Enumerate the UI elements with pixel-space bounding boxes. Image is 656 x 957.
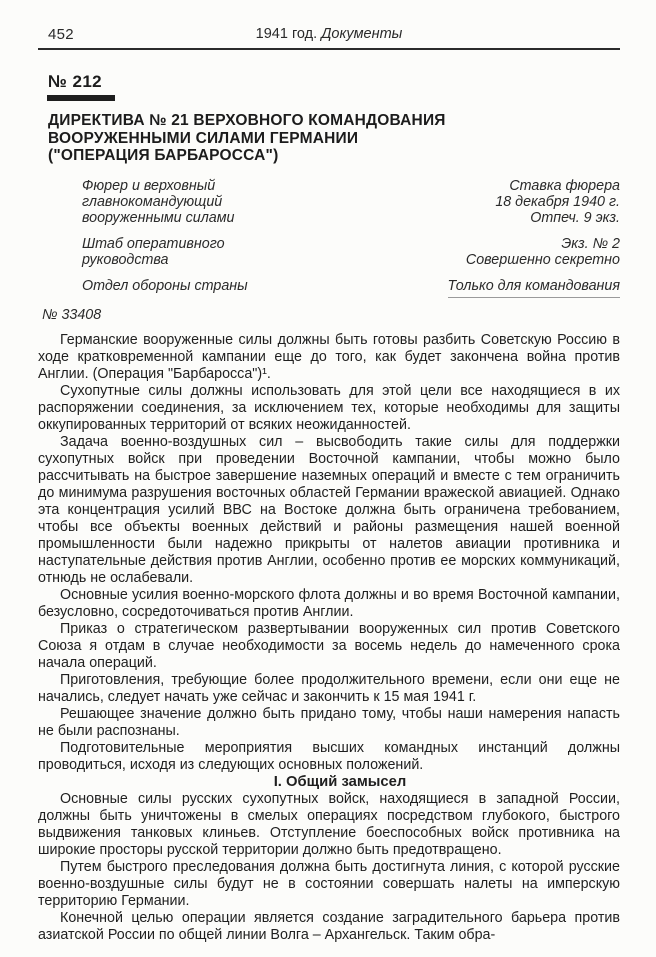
issue-copies-line: Отпеч. 9 экз. [448, 210, 620, 226]
document-body: Германские вооруженные силы должны быть … [38, 332, 620, 944]
body-paragraph-10: Путем быстрого преследования должна быть… [38, 859, 620, 910]
issue-restriction-line: Только для командования [448, 278, 620, 298]
document-number-marker-bar [47, 95, 115, 101]
running-head: 452 1941 год. Документы [38, 26, 620, 50]
body-paragraph-9: Основные силы русских сухопутных войск, … [38, 791, 620, 859]
issue-restriction: Только для командования [448, 278, 620, 298]
body-paragraph-3: Задача военно-воздушных сил – высвободит… [38, 434, 620, 587]
document-title-line-2: ВООРУЖЕННЫМИ СИЛАМИ ГЕРМАНИИ [48, 130, 620, 148]
body-paragraph-1: Германские вооруженные силы должны быть … [38, 332, 620, 383]
body-paragraph-8: Подготовительные мероприятия высших кома… [38, 740, 620, 774]
sender-staff-line: руководства [82, 252, 248, 268]
sender-department: Отдел обороны страны [82, 278, 248, 294]
issue-date-line: 18 декабря 1940 г. [448, 194, 620, 210]
sender-authority-line: главнокомандующий [82, 194, 248, 210]
sender-department-line: Отдел обороны страны [82, 278, 248, 294]
sender-authority-line: вооруженными силами [82, 210, 248, 226]
document-title-line-3: ("ОПЕРАЦИЯ БАРБАРОССА") [48, 147, 620, 165]
sender-authority-line: Фюрер и верховный [82, 178, 248, 194]
body-paragraph-4: Основные усилия военно-морского флота до… [38, 587, 620, 621]
document-number: № 212 [48, 72, 620, 92]
running-title-year: 1941 год. [256, 26, 318, 42]
letterhead: Фюрер и верховный главнокомандующий воор… [38, 178, 620, 298]
reference-number: № 33408 [42, 307, 620, 323]
body-paragraph-6: Приготовления, требующие более продолжит… [38, 672, 620, 706]
body-paragraph-7: Решающее значение должно быть придано то… [38, 706, 620, 740]
issue-place-date: Ставка фюрера 18 декабря 1940 г. Отпеч. … [448, 178, 620, 227]
letterhead-sender-column: Фюрер и верховный главнокомандующий воор… [82, 178, 248, 298]
issue-classification: Экз. № 2 Совершенно секретно [448, 236, 620, 269]
running-title: 1941 год. Документы [256, 26, 403, 42]
section-heading-general-plan: I. Общий замысел [38, 774, 620, 791]
issue-secrecy-line: Совершенно секретно [448, 252, 620, 268]
body-paragraph-5: Приказ о стратегическом развертывании во… [38, 621, 620, 672]
issue-place-line: Ставка фюрера [448, 178, 620, 194]
document-page: 452 1941 год. Документы № 212 ДИРЕКТИВА … [0, 0, 656, 957]
issue-copy-number-line: Экз. № 2 [448, 236, 620, 252]
sender-authority: Фюрер и верховный главнокомандующий воор… [82, 178, 248, 227]
page-number: 452 [48, 26, 74, 43]
letterhead-issue-column: Ставка фюрера 18 декабря 1940 г. Отпеч. … [448, 178, 620, 298]
sender-staff-line: Штаб оперативного [82, 236, 248, 252]
sender-staff: Штаб оперативного руководства [82, 236, 248, 269]
document-title: ДИРЕКТИВА № 21 ВЕРХОВНОГО КОМАНДОВАНИЯ В… [48, 112, 620, 165]
body-paragraph-11: Конечной целью операции является создани… [38, 910, 620, 944]
running-title-section: Документы [321, 26, 402, 42]
document-title-line-1: ДИРЕКТИВА № 21 ВЕРХОВНОГО КОМАНДОВАНИЯ [48, 112, 620, 130]
body-paragraph-2: Сухопутные силы должны использовать для … [38, 383, 620, 434]
